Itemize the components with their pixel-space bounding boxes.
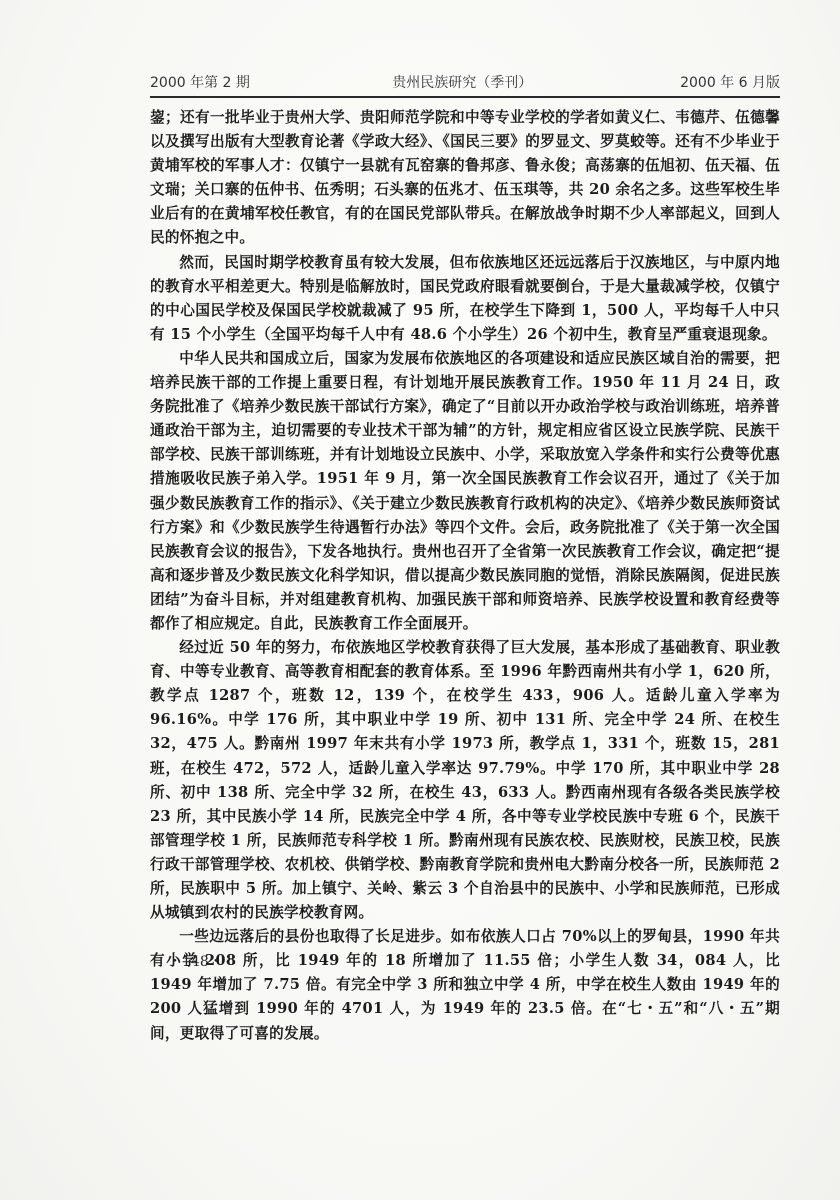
scanned-page: 2000 年第 2 期 贵州民族研究（季刊） 2000 年 6 月版 鋆；还有一… — [0, 0, 840, 1200]
paragraph-5: 一些边远落后的县份也取得了长足进步。如布依族人口占 70%以上的罗甸县，1990… — [150, 925, 780, 1045]
journal-title: 贵州民族研究（季刊） — [392, 72, 532, 92]
edition-date: 2000 年 6 月版 — [680, 72, 780, 92]
paragraph-4: 经过近 50 年的努力，布依族地区学校教育获得了巨大发展，基本形成了基础教育、职… — [150, 636, 780, 925]
issue-label: 2000 年第 2 期 — [150, 72, 250, 92]
paragraph-1: 鋆；还有一批毕业于贵州大学、贵阳师范学院和中等专业学校的学者如黄义仁、韦德芹、伍… — [150, 106, 780, 251]
page-number: ・148・ — [168, 951, 223, 971]
article-body: 鋆；还有一批毕业于贵州大学、贵阳师范学院和中等专业学校的学者如黄义仁、韦德芹、伍… — [150, 106, 780, 1046]
paragraph-2: 然而，民国时期学校教育虽有较大发展，但布依族地区还远远落后于汉族地区，与中原内地… — [150, 251, 780, 347]
running-header: 2000 年第 2 期 贵州民族研究（季刊） 2000 年 6 月版 — [150, 70, 780, 98]
paragraph-3: 中华人民共和国成立后，国家为发展布依族地区的各项建设和适应民族区域自治的需要，把… — [150, 347, 780, 636]
